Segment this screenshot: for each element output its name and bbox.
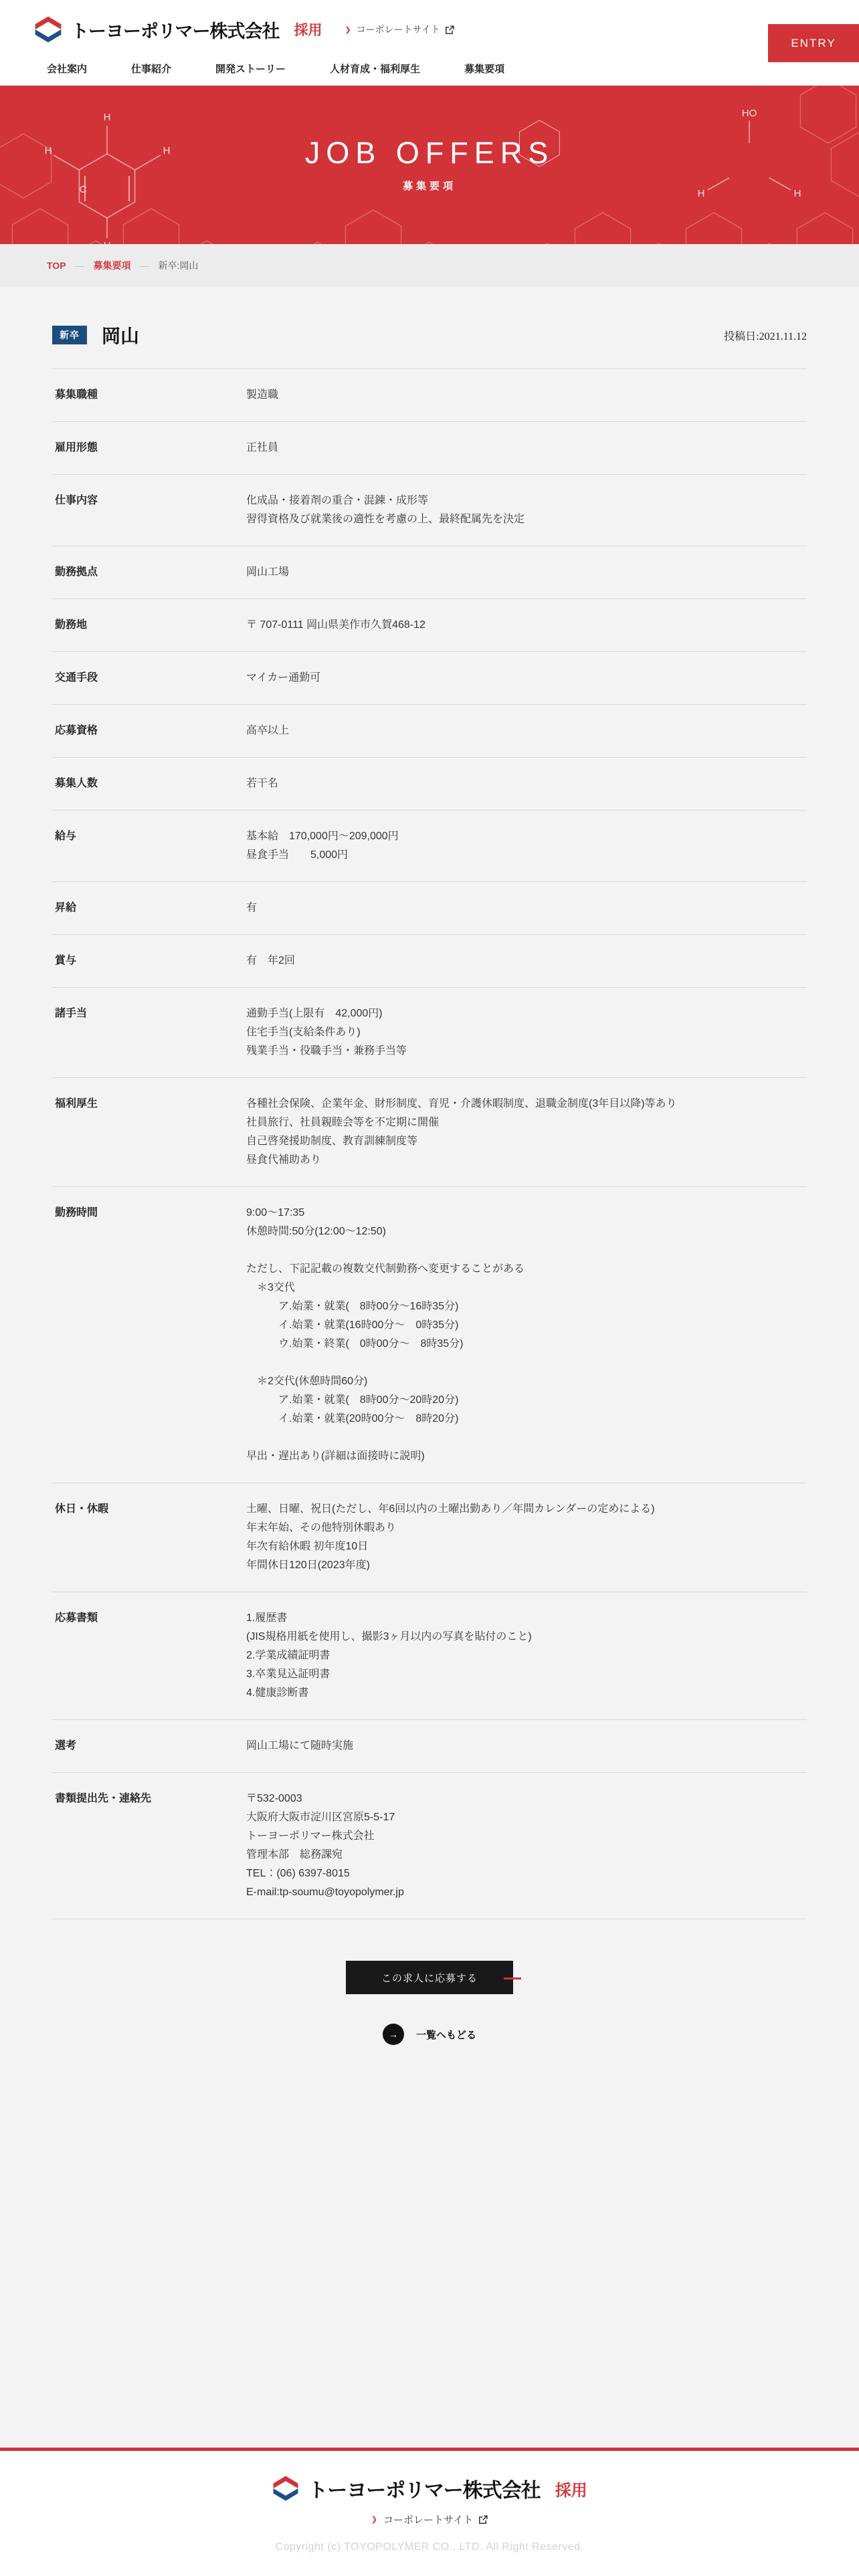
row-label: 昇給 (52, 899, 246, 918)
row-value-line: 年末年始、その他特別休暇あり (246, 1519, 807, 1537)
row-value-line: 岡山工場 (246, 563, 807, 582)
row-value-line: 若干名 (246, 774, 807, 793)
corporate-site-link[interactable]: ❯ コーポレートサイト (345, 23, 454, 36)
row-value-line: (JIS規格用紙を使用し、撮影3ヶ月以内の写真を貼付のこと) (246, 1628, 807, 1646)
main-nav: 会社案内仕事紹介開発ストーリー人材育成・福利厚生募集要項 (0, 44, 859, 76)
row-value-line: マイカー通勤可 (246, 669, 807, 687)
hero-banner: HHH HC HOHH JOB OFFERS 募集要項 (0, 86, 859, 244)
row-value-line: 残業手当・役職手当・兼務手当等 (246, 1042, 807, 1061)
breadcrumb-item-0[interactable]: TOP (47, 260, 66, 271)
row-label: 募集人数 (52, 774, 246, 793)
footer-logo-recruit-label: 採用 (555, 2477, 587, 2500)
new-grad-badge: 新卒 (52, 326, 87, 344)
row-value-line: イ.始業・就業(20時00分〜 8時20分) (246, 1410, 807, 1428)
row-value: 有 年2回 (246, 952, 807, 970)
footer-logo[interactable]: トーヨーポリマー株式会社 採用 (272, 2474, 587, 2503)
table-row: 応募書類 1.履歴書(JIS規格用紙を使用し、撮影3ヶ月以内の写真を貼付のこと)… (52, 1592, 807, 1720)
row-value-line: ア.始業・就業( 8時00分〜20時20分) (246, 1391, 807, 1410)
row-value: 製造職 (246, 386, 807, 405)
table-row: 書類提出先・連絡先 〒532-0003大阪府大阪市淀川区宮原5-5-17トーヨー… (52, 1773, 807, 1919)
row-value: 1.履歴書(JIS規格用紙を使用し、撮影3ヶ月以内の写真を貼付のこと)2.学業成… (246, 1609, 807, 1703)
posted-date: 投稿日:2021.11.12 (724, 328, 807, 343)
breadcrumb-item-2: 新卒:岡山 (159, 259, 199, 272)
row-value-line: 有 年2回 (246, 952, 807, 970)
row-label: 福利厚生 (52, 1095, 246, 1170)
job-detail-table: 募集職種 製造職 雇用形態 正社員 仕事内容 化成品・接着剤の重合・混錬・成形等… (52, 368, 807, 1919)
row-value-line: 各種社会保険、企業年金、財形制度、育児・介護休暇制度、退職金制度(3年目以降)等… (246, 1095, 807, 1113)
arrow-dash-icon (504, 1977, 521, 1979)
row-label: 雇用形態 (52, 439, 246, 457)
row-value-line: 休憩時間:50分(12:00〜12:50) (246, 1222, 807, 1241)
svg-text:H: H (794, 188, 801, 199)
row-value: 基本給 170,000円〜209,000円昼食手当 5,000円 (246, 827, 807, 865)
row-value-line: 化成品・接着剤の重合・混錬・成形等 (246, 492, 807, 510)
row-value-line: 管理本部 総務課宛 (246, 1846, 807, 1864)
row-value-line: 製造職 (246, 386, 807, 405)
breadcrumb-separator: — (76, 261, 84, 271)
external-link-icon (446, 25, 454, 34)
row-value-line: 〒532-0003 (246, 1790, 807, 1808)
row-value-line: 正社員 (246, 439, 807, 457)
site-logo[interactable]: トーヨーポリマー株式会社 採用 (33, 15, 322, 44)
table-row: 募集職種 製造職 (52, 369, 807, 422)
logo-text: トーヨーポリマー株式会社 (71, 17, 279, 43)
row-value-line: ただし、下記記載の複数交代制勤務へ変更することがある (246, 1260, 807, 1279)
footer-corporate-site-link[interactable]: ❯ コーポレートサイト (371, 2512, 488, 2527)
row-label: 書類提出先・連絡先 (52, 1790, 246, 1902)
site-header: トーヨーポリマー株式会社 採用 ❯ コーポレートサイト 会社案内仕事紹介開発スト… (0, 0, 859, 86)
table-row: 勤務時間 9:00〜17:35休憩時間:50分(12:00〜12:50)ただし、… (52, 1187, 807, 1483)
row-label: 給与 (52, 827, 246, 865)
row-value-line: イ.始業・就業(16時00分〜 0時35分) (246, 1316, 807, 1335)
row-value-line: 有 (246, 899, 807, 918)
table-row: 募集人数 若干名 (52, 758, 807, 811)
table-row: 賞与 有 年2回 (52, 935, 807, 988)
row-value-line: 年次有給休暇 初年度10日 (246, 1537, 807, 1556)
chevron-right-icon: ❯ (371, 2515, 377, 2524)
row-label: 勤務時間 (52, 1204, 246, 1466)
footer-logo-text: トーヨーポリマー株式会社 (308, 2474, 540, 2503)
logo-mark-icon (33, 15, 63, 44)
row-value: 〒 707-0111 岡山県美作市久賀468-12 (246, 616, 807, 635)
row-value-line: 土曜、日曜、祝日(ただし、年6回以内の土曜出勤あり／年間カレンダーの定めによる) (246, 1500, 807, 1519)
footer-corporate-site-label: コーポレートサイト (383, 2512, 473, 2527)
breadcrumb-item-1[interactable]: 募集要項 (94, 259, 131, 272)
nav-item-2[interactable]: 開発ストーリー (215, 62, 286, 76)
row-value-line: 基本給 170,000円〜209,000円 (246, 827, 807, 846)
row-value: 土曜、日曜、祝日(ただし、年6回以内の土曜出勤あり／年間カレンダーの定めによる)… (246, 1500, 807, 1575)
row-value: 正社員 (246, 439, 807, 457)
row-label: 応募書類 (52, 1609, 246, 1703)
copyright-text: Copyright (c) TOYOPOLYMER CO., LTD. All … (275, 2541, 583, 2553)
row-value-line: ＊3交代 (246, 1279, 807, 1297)
back-to-list-link[interactable]: → 一覧へもどる (52, 2024, 807, 2045)
apply-button-label: この求人に応募する (381, 1971, 478, 1985)
row-value: 化成品・接着剤の重合・混錬・成形等習得資格及び就業後の適性を考慮の上、最終配属先… (246, 492, 807, 529)
row-value-line: 早出・遅出あり(詳細は面接時に説明) (246, 1447, 807, 1466)
row-value-line: 2.学業成績証明書 (246, 1646, 807, 1665)
row-value: 〒532-0003大阪府大阪市淀川区宮原5-5-17トーヨーポリマー株式会社管理… (246, 1790, 807, 1902)
row-value-line: 社員旅行、社員親睦会等を不定期に開催 (246, 1113, 807, 1132)
nav-item-3[interactable]: 人材育成・福利厚生 (330, 62, 420, 76)
row-value-line: 高卒以上 (246, 722, 807, 740)
chevron-right-icon: ❯ (345, 25, 351, 34)
row-value: 有 (246, 899, 807, 918)
back-to-list-label: 一覧へもどる (416, 2028, 476, 2042)
logo-mark-icon (272, 2474, 300, 2502)
hero-title: JOB OFFERS (305, 138, 555, 168)
row-value-line: 通勤手当(上限有 42,000円) (246, 1004, 807, 1023)
apply-button[interactable]: この求人に応募する (346, 1961, 513, 1994)
row-label: 交通手段 (52, 669, 246, 687)
row-value: マイカー通勤可 (246, 669, 807, 687)
row-value-line: 岡山工場にて随時実施 (246, 1737, 807, 1755)
row-value: 岡山工場にて随時実施 (246, 1737, 807, 1755)
table-row: 応募資格 高卒以上 (52, 705, 807, 758)
row-value-line: 年間休日120日(2023年度) (246, 1556, 807, 1575)
row-value-line: 自己啓発援助制度、教育訓練制度等 (246, 1132, 807, 1151)
table-row: 交通手段 マイカー通勤可 (52, 652, 807, 705)
row-value-line (246, 1241, 807, 1260)
row-label: 選考 (52, 1737, 246, 1755)
table-row: 勤務地 〒 707-0111 岡山県美作市久賀468-12 (52, 599, 807, 652)
row-value-line: 3.卒業見込証明書 (246, 1665, 807, 1684)
main-content: 新卒 岡山 投稿日:2021.11.12 募集職種 製造職 雇用形態 正社員 仕… (0, 287, 859, 2448)
row-value-line: 昼食代補助あり (246, 1151, 807, 1170)
row-label: 休日・休暇 (52, 1500, 246, 1575)
table-row: 昇給 有 (52, 882, 807, 935)
row-value-line: ウ.始業・終業( 0時00分〜 8時35分) (246, 1335, 807, 1354)
row-label: 応募資格 (52, 722, 246, 740)
svg-text:H: H (104, 112, 111, 123)
svg-text:HO: HO (742, 108, 757, 119)
hero-subtitle: 募集要項 (403, 179, 456, 193)
nav-item-0[interactable]: 会社案内 (47, 62, 87, 76)
circle-arrow-icon: → (383, 2024, 404, 2045)
svg-text:H: H (45, 145, 52, 156)
breadcrumb-separator: — (140, 261, 149, 271)
table-row: 勤務拠点 岡山工場 (52, 546, 807, 599)
table-row: 選考 岡山工場にて随時実施 (52, 1720, 807, 1773)
row-value: 若干名 (246, 774, 807, 793)
svg-text:H: H (698, 188, 705, 199)
row-value-line: 大阪府大阪市淀川区宮原5-5-17 (246, 1808, 807, 1827)
page-title: 岡山 (102, 322, 139, 348)
table-row: 休日・休暇 土曜、日曜、祝日(ただし、年6回以内の土曜出勤あり／年間カレンダーの… (52, 1483, 807, 1592)
row-value-line: 9:00〜17:35 (246, 1204, 807, 1222)
row-label: 募集職種 (52, 386, 246, 405)
row-value-line: 4.健康診断書 (246, 1684, 807, 1703)
logo-recruit-label: 採用 (294, 19, 322, 39)
row-label: 勤務地 (52, 616, 246, 635)
svg-text:C: C (80, 184, 87, 195)
row-label: 仕事内容 (52, 492, 246, 529)
row-value-line (246, 1354, 807, 1372)
row-value: 岡山工場 (246, 563, 807, 582)
nav-item-4[interactable]: 募集要項 (464, 62, 504, 76)
row-value-line: 1.履歴書 (246, 1609, 807, 1628)
row-label: 賞与 (52, 952, 246, 970)
entry-button[interactable]: ENTRY (768, 24, 859, 62)
row-value-line: TEL：(06) 6397-8015 (246, 1864, 807, 1883)
svg-text:H: H (104, 240, 111, 244)
row-value-line: 〒 707-0111 岡山県美作市久賀468-12 (246, 616, 807, 635)
row-value: 高卒以上 (246, 722, 807, 740)
row-value-line: トーヨーポリマー株式会社 (246, 1827, 807, 1846)
table-row: 福利厚生 各種社会保険、企業年金、財形制度、育児・介護休暇制度、退職金制度(3年… (52, 1078, 807, 1187)
row-value-line: 住宅手当(支給条件あり) (246, 1023, 807, 1042)
row-value-line: 昼食手当 5,000円 (246, 846, 807, 865)
table-row: 雇用形態 正社員 (52, 422, 807, 475)
row-value-line: ア.始業・就業( 8時00分〜16時35分) (246, 1297, 807, 1316)
row-value-line (246, 1428, 807, 1447)
table-row: 仕事内容 化成品・接着剤の重合・混錬・成形等習得資格及び就業後の適性を考慮の上、… (52, 475, 807, 546)
row-value-line: ＊2交代(休憩時間60分) (246, 1372, 807, 1391)
nav-item-1[interactable]: 仕事紹介 (131, 62, 171, 76)
svg-text:H: H (163, 145, 171, 156)
corporate-site-label: コーポレートサイト (357, 23, 440, 36)
row-label: 勤務拠点 (52, 563, 246, 582)
breadcrumb: TOP—募集要項—新卒:岡山 (0, 244, 859, 287)
row-value: 各種社会保険、企業年金、財形制度、育児・介護休暇制度、退職金制度(3年目以降)等… (246, 1095, 807, 1170)
row-value-line: E-mail:tp-soumu@toyopolymer.jp (246, 1883, 807, 1902)
site-footer: トーヨーポリマー株式会社 採用 ❯ コーポレートサイト Copyright (c… (0, 2448, 859, 2576)
row-label: 諸手当 (52, 1004, 246, 1061)
external-link-icon (479, 2515, 488, 2524)
row-value: 9:00〜17:35休憩時間:50分(12:00〜12:50)ただし、下記記載の… (246, 1204, 807, 1466)
row-value-line: 習得資格及び就業後の適性を考慮の上、最終配属先を決定 (246, 510, 807, 529)
table-row: 給与 基本給 170,000円〜209,000円昼食手当 5,000円 (52, 811, 807, 882)
row-value: 通勤手当(上限有 42,000円)住宅手当(支給条件あり)残業手当・役職手当・兼… (246, 1004, 807, 1061)
table-row: 諸手当 通勤手当(上限有 42,000円)住宅手当(支給条件あり)残業手当・役職… (52, 988, 807, 1078)
